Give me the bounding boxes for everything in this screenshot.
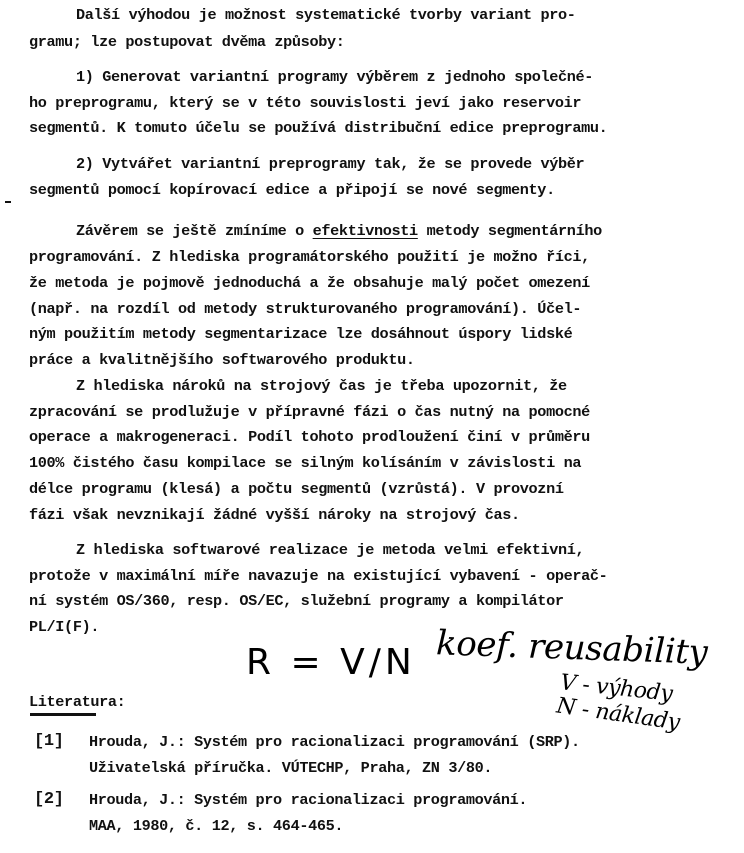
- paragraph-efficiency-line-1: Závěrem se ještě zmíníme o efektivnosti …: [76, 222, 602, 240]
- reference-2-line-2: MAA, 1980, č. 12, s. 464-465.: [89, 817, 343, 835]
- literature-heading: Literatura:: [29, 693, 125, 711]
- reference-1-label: [1]: [34, 733, 64, 751]
- paragraph-machine-time-line-3: operace a makrogeneraci. Podíl tohoto pr…: [29, 428, 590, 446]
- paragraph-software-line-2: protože v maximální míře navazuje na exi…: [29, 567, 607, 585]
- text-segment: metody segmentárního: [418, 222, 602, 240]
- handwritten-note: koef. reusability: [435, 623, 708, 672]
- reference-1-line-1: Hrouda, J.: Systém pro racionalizaci pro…: [89, 733, 580, 751]
- scanned-document-page: Další výhodou je možnost systematické tv…: [0, 0, 744, 853]
- reference-1-line-2: Uživatelská příručka. VÚTECHP, Praha, ZN…: [89, 759, 492, 777]
- paragraph-machine-time-line-6: fázi však nevznikají žádné vyšší nároky …: [29, 506, 520, 524]
- paragraph-machine-time-line-4: 100% čistého času kompilace se silným ko…: [29, 454, 581, 472]
- paragraph-software-line-1: Z hlediska softwarové realizace je metod…: [76, 541, 584, 559]
- literature-heading-underline: [30, 713, 96, 716]
- item-1-line-1: 1) Generovat variantní programy výběrem …: [76, 68, 593, 86]
- item-1-line-3: segmentů. K tomuto účelu se používá dist…: [29, 119, 607, 137]
- reference-2-line-1: Hrouda, J.: Systém pro racionalizaci pro…: [89, 791, 527, 809]
- handwritten-formula: R = V/N: [246, 642, 416, 683]
- paragraph-software-line-3: ní systém OS/360, resp. OS/EC, služební …: [29, 592, 564, 610]
- margin-mark: [5, 201, 11, 203]
- paragraph-efficiency-line-3: že metoda je pojmově jednoduchá a že obs…: [29, 274, 590, 292]
- item-1-line-2: ho preprogramu, který se v této souvislo…: [29, 94, 581, 112]
- reference-2-label: [2]: [34, 791, 64, 809]
- paragraph-efficiency-line-5: ným použitím metody segmentarizace lze d…: [29, 325, 572, 343]
- paragraph-efficiency-line-2: programování. Z hlediska programátorskéh…: [29, 248, 590, 266]
- paragraph-1-line-1: Další výhodou je možnost systematické tv…: [76, 6, 576, 24]
- underlined-term: efektivnosti: [313, 222, 418, 240]
- text-segment: Závěrem se ještě zmíníme o: [76, 222, 313, 240]
- paragraph-software-line-4: PL/I(F).: [29, 618, 99, 636]
- item-2-line-2: segmentů pomocí kopírovací edice a připo…: [29, 181, 555, 199]
- paragraph-machine-time-line-2: zpracování se prodlužuje v přípravné fáz…: [29, 403, 590, 421]
- item-2-line-1: 2) Vytvářet variantní preprogramy tak, ž…: [76, 155, 584, 173]
- paragraph-efficiency-line-4: (např. na rozdíl od metody strukturované…: [29, 300, 581, 318]
- paragraph-machine-time-line-1: Z hlediska nároků na strojový čas je tře…: [76, 377, 567, 395]
- paragraph-1-line-2: gramu; lze postupovat dvěma způsoby:: [29, 33, 345, 51]
- paragraph-machine-time-line-5: délce programu (klesá) a počtu segmentů …: [29, 480, 564, 498]
- paragraph-efficiency-line-6: práce a kvalitnějšího softwarového produ…: [29, 351, 415, 369]
